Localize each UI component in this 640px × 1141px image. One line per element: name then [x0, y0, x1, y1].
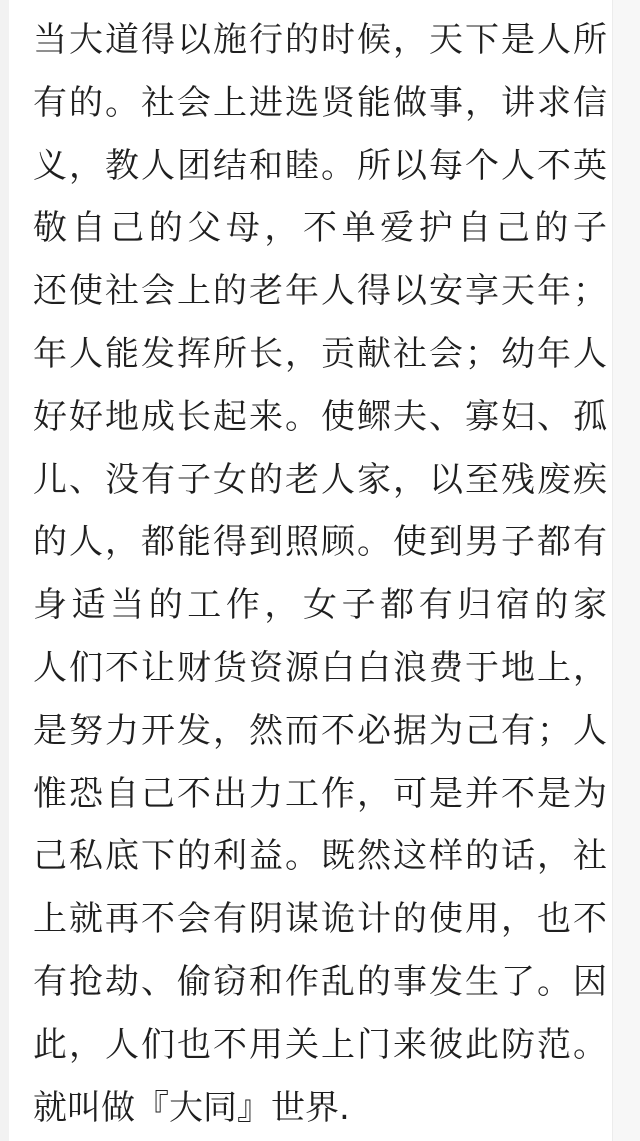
text-line: 当大道得以施行的时候，天下是人所共: [33, 9, 607, 72]
text-line: 有的。社会上进选贤能做事，讲求信: [33, 72, 607, 135]
text-line: 惟恐自己不出力工作，可是并不是为自: [33, 763, 607, 826]
text-line: 有抢劫、偷窃和作乱的事发生了。因: [33, 951, 607, 1014]
text-line: 敬自己的父母，不单爱护自己的子女，: [33, 197, 607, 260]
right-margin-band: [612, 0, 640, 1141]
text-line: 义，教人团结和睦。所以每个人不英孝: [33, 135, 607, 198]
text-line: 儿、没有子女的老人家，以至残废疾病: [33, 449, 607, 512]
text-line: 人们不让财货资源白白浪费于地上，于: [33, 637, 607, 700]
handwritten-paragraph: 当大道得以施行的时候，天下是人所共有的。社会上进选贤能做事，讲求信义，教人团结和…: [33, 9, 607, 1139]
text-line: 还使社会上的老年人得以安享天年；壮: [33, 260, 607, 323]
text-line: 的人，都能得到照顾。使到男子都有本: [33, 511, 607, 574]
text-line: 此，人们也不用关上门来彼此防范。这: [33, 1014, 607, 1077]
text-line: 年人能发挥所长，贡献社会；幼年人能: [33, 323, 607, 386]
text-line: 身适当的工作，女子都有归宿的家庭。: [33, 574, 607, 637]
text-line: 好好地成长起来。使鳏夫、寡妇、孤: [33, 386, 607, 449]
left-margin-band: [0, 0, 9, 1141]
document-page: 当大道得以施行的时候，天下是人所共有的。社会上进选贤能做事，讲求信义，教人团结和…: [0, 0, 640, 1141]
text-line: 上就再不会有阴谋诡计的使用，也不会: [33, 888, 607, 951]
text-line: 是努力开发，然而不必据为己有；人人: [33, 700, 607, 763]
text-line: 就叫做『大同』世界.: [33, 1077, 607, 1140]
text-line: 己私底下的利益。既然这样的话，社会: [33, 825, 607, 888]
